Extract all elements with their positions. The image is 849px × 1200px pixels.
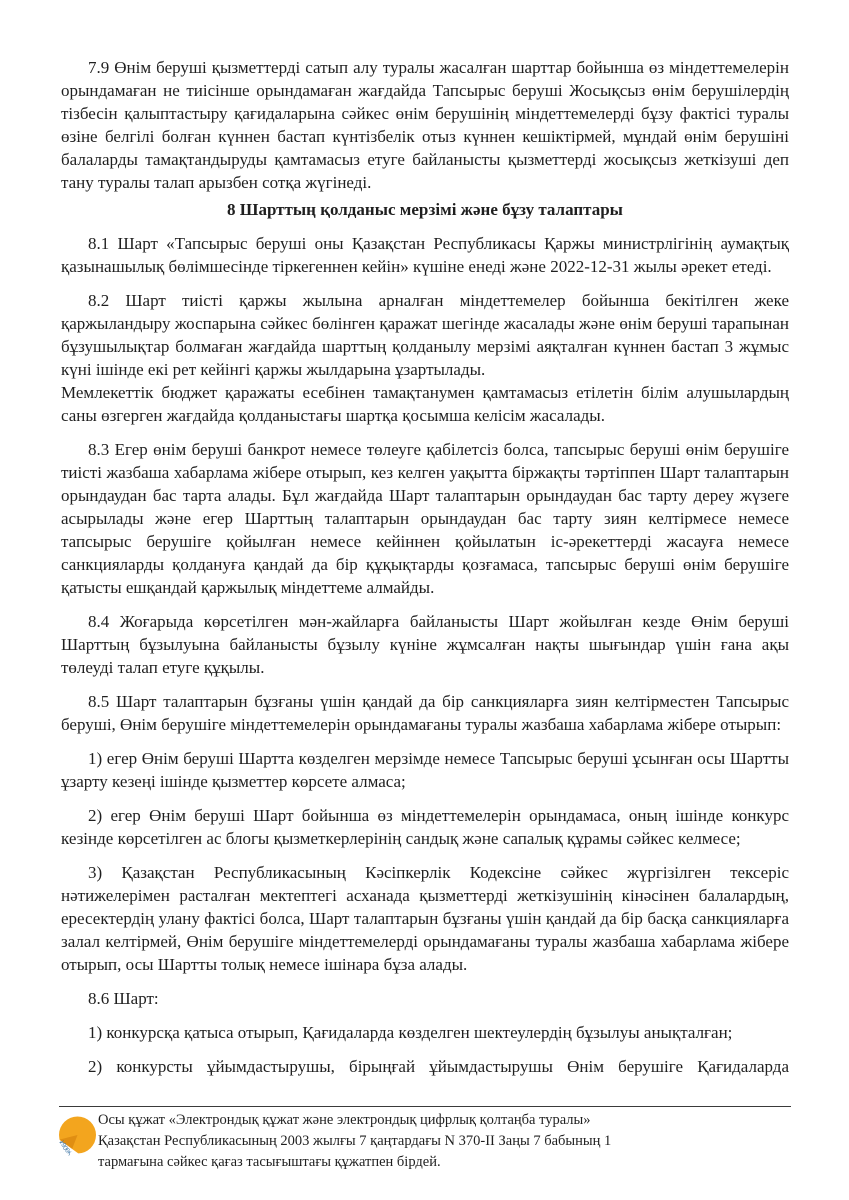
paragraph-7-9: 7.9 Өнім беруші қызметтерді сатып алу ту…	[61, 56, 789, 194]
list-item-8-5-2: 2) егер Өнім беруші Шарт бойынша өз мінд…	[61, 804, 789, 850]
paragraph-8-5: 8.5 Шарт талаптарын бұзғаны үшін қандай …	[61, 690, 789, 736]
electronic-document-footer: ұ906қ Осы құжат «Электрондық құжат және …	[56, 1110, 643, 1173]
paragraph-8-2: 8.2 Шарт тиісті қаржы жылына арналған мі…	[61, 289, 789, 381]
list-item-8-5-3: 3) Қазақстан Республикасының Кәсіпкерлік…	[61, 861, 789, 976]
section-8-heading: 8 Шарттың қолданыс мерзімі және бұзу тал…	[61, 198, 789, 221]
list-item-8-5-1: 1) егер Өнім беруші Шартта көзделген мер…	[61, 747, 789, 793]
electronic-signature-stamp-icon: ұ906қ	[56, 1114, 98, 1160]
list-item-8-6-1: 1) конкурсқа қатыса отырып, Қағидаларда …	[61, 1021, 789, 1044]
paragraph-8-1: 8.1 Шарт «Тапсырыс беруші оны Қазақстан …	[61, 232, 789, 278]
paragraph-8-2-continuation: Мемлекеттік бюджет қаражаты есебінен там…	[61, 381, 789, 427]
page-break-rule	[59, 1106, 791, 1107]
document-page: 7.9 Өнім беруші қызметтерді сатып алу ту…	[0, 0, 849, 1200]
list-item-8-6-2-cutoff: 2) конкурсты ұйымдастырушы, бірыңғай ұйы…	[61, 1055, 789, 1078]
footer-law-note: Осы құжат «Электрондық құжат және электр…	[98, 1110, 643, 1173]
paragraph-8-6: 8.6 Шарт:	[61, 987, 789, 1010]
paragraph-8-4: 8.4 Жоғарыда көрсетілген мән-жайларға ба…	[61, 610, 789, 679]
paragraph-8-3: 8.3 Егер өнім беруші банкрот немесе төле…	[61, 438, 789, 599]
contract-text-area: 7.9 Өнім беруші қызметтерді сатып алу ту…	[61, 56, 789, 1078]
